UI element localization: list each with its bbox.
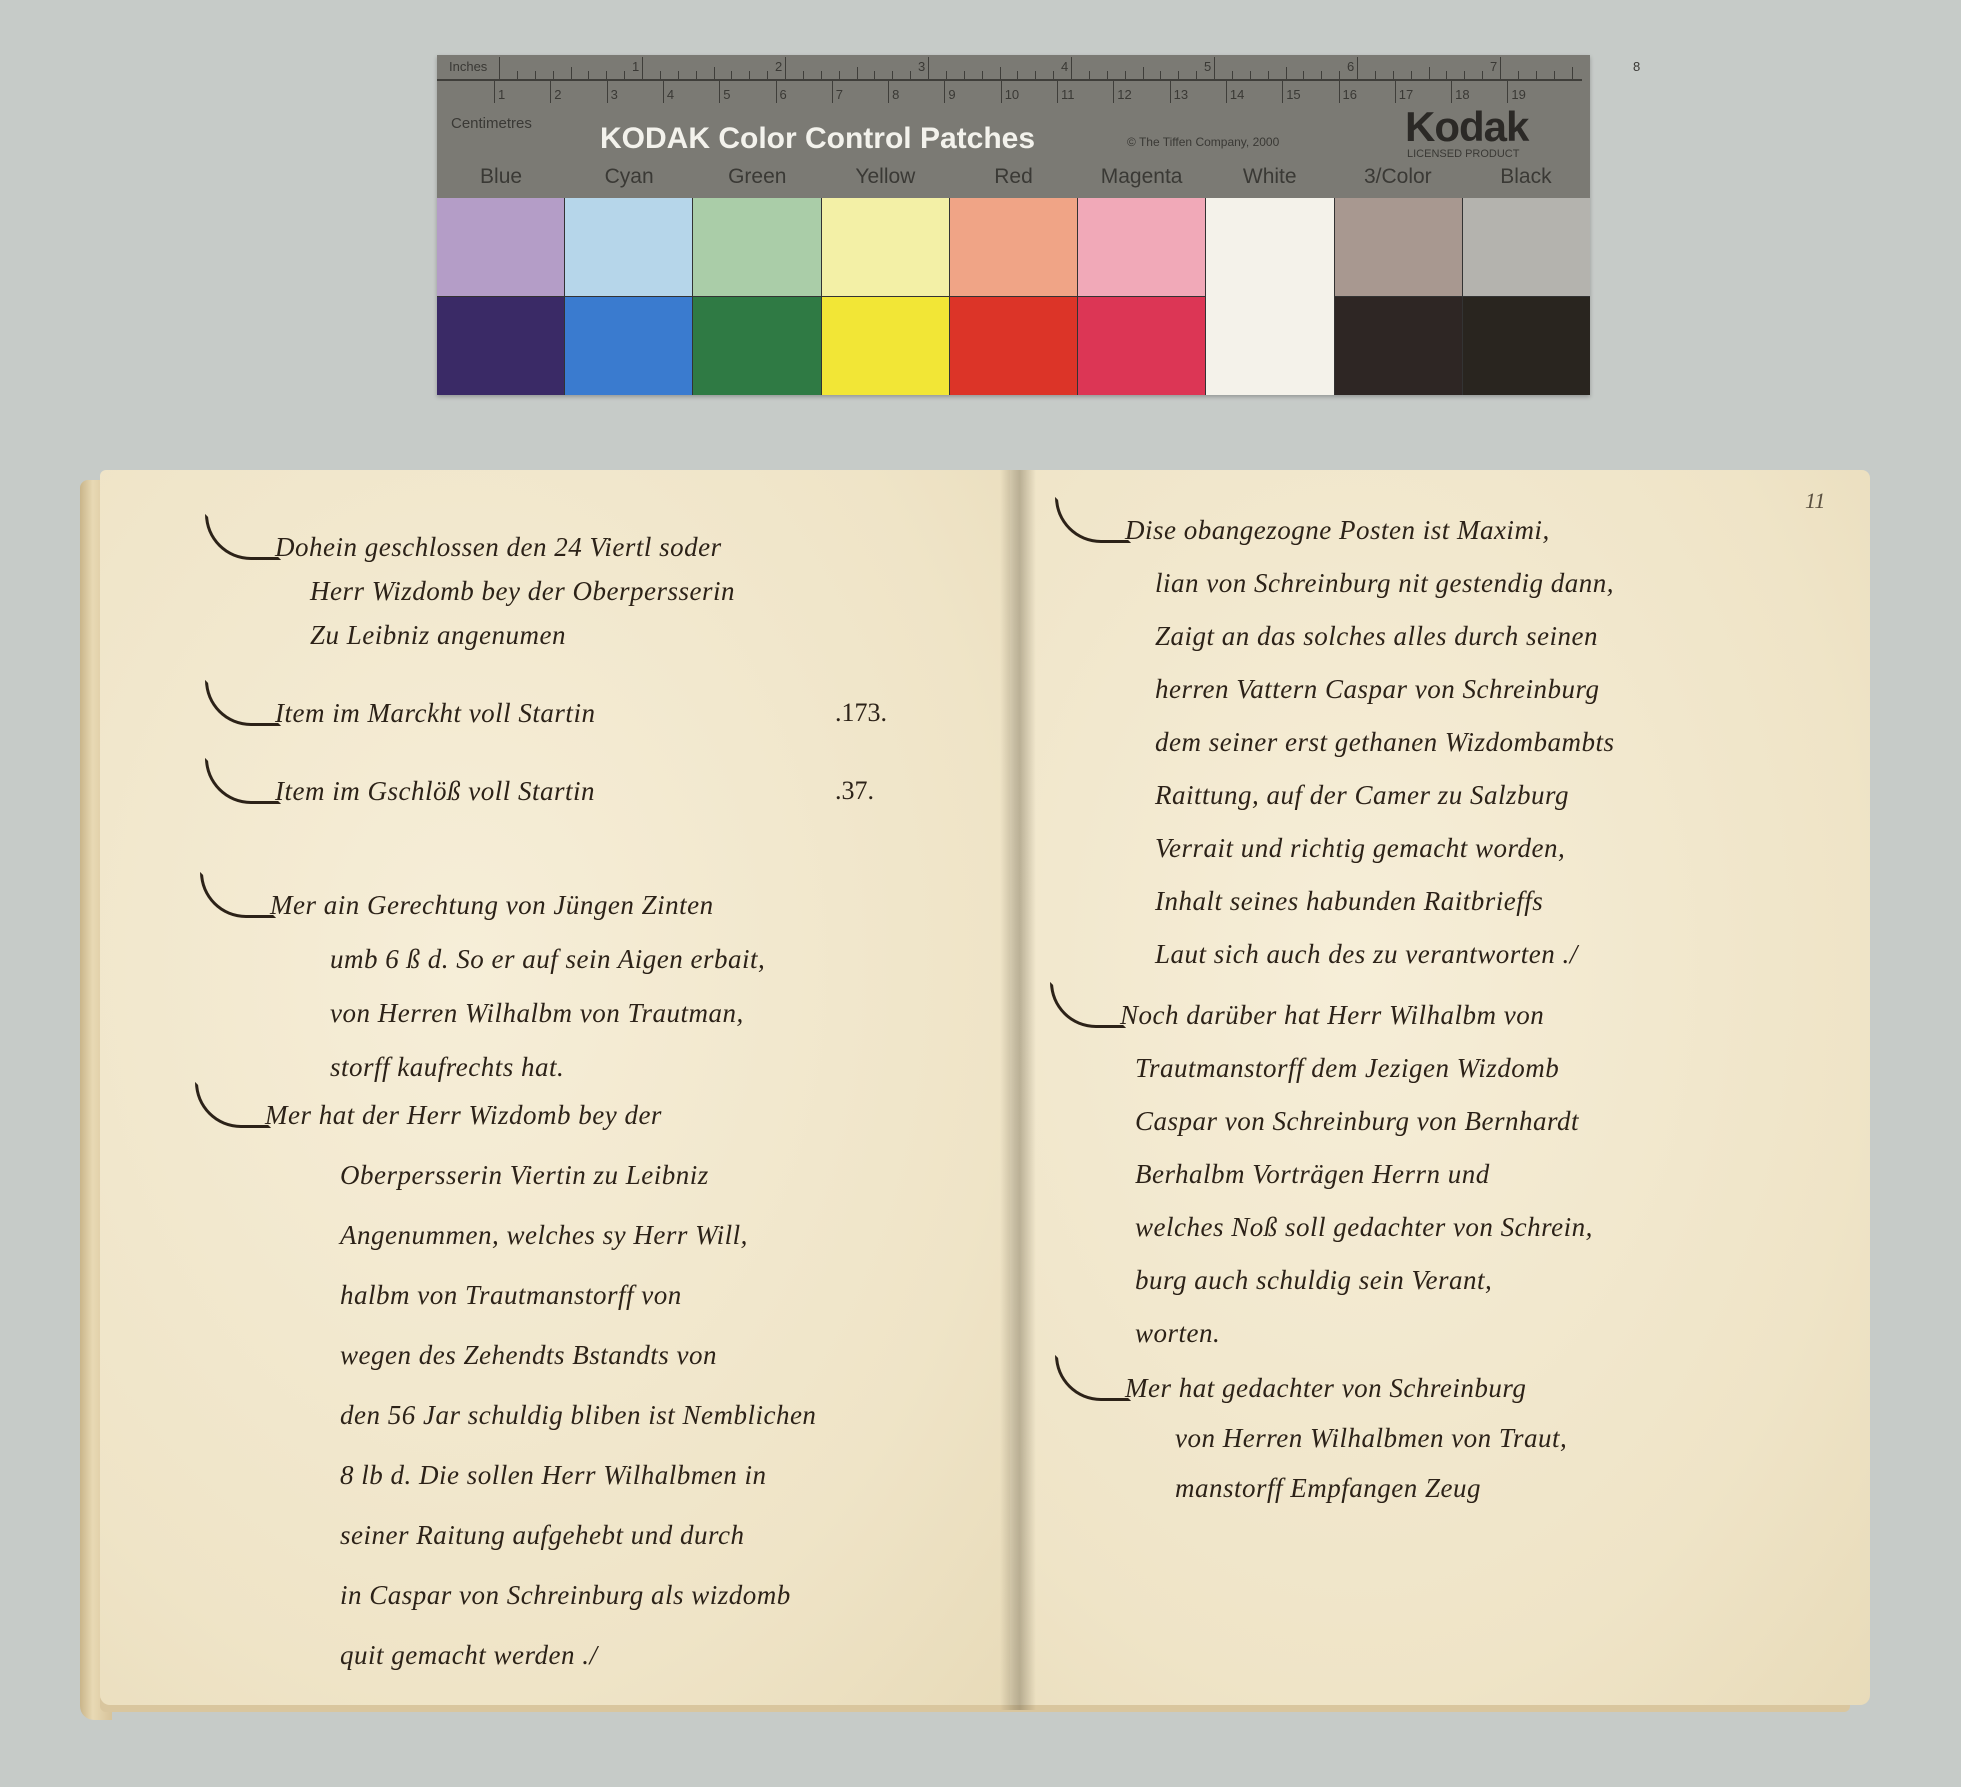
patch-light: [1335, 198, 1462, 297]
manuscript-line: burg auch schuldig sein Verant,: [1135, 1265, 1492, 1296]
inch-tick-label: 3: [918, 59, 925, 74]
manuscript-line: halbm von Trautmanstorff von: [340, 1280, 682, 1311]
manuscript-line: Noch darüber hat Herr Wilhalbm von: [1120, 1000, 1544, 1031]
cm-tick: [1339, 81, 1340, 103]
manuscript-line: Mer ain Gerechtung von Jüngen Zinten: [270, 890, 714, 921]
cm-tick-label: 4: [667, 87, 674, 102]
cm-tick-label: 16: [1343, 87, 1357, 102]
cm-tick-label: 15: [1286, 87, 1300, 102]
cm-tick: [888, 81, 889, 103]
ruler-line: [437, 79, 1582, 81]
cm-tick-label: 19: [1511, 87, 1525, 102]
inch-tick: [1572, 67, 1573, 79]
cm-tick: [1113, 81, 1114, 103]
manuscript-line: Herr Wizdomb bey der Oberpersserin: [310, 576, 735, 607]
patch-label-magenta: Magenta: [1101, 165, 1183, 189]
inch-tick: [1125, 71, 1126, 79]
patch-dark: [950, 297, 1077, 395]
manuscript-line: storff kaufrechts hat.: [330, 1052, 564, 1083]
left-page: Dohein geschlossen den 24 Viertl soderHe…: [100, 470, 1010, 1705]
inch-tick: [785, 57, 786, 79]
inch-tick: [1250, 71, 1251, 79]
cm-tick: [550, 81, 551, 103]
manuscript-line: Angenummen, welches sy Herr Will,: [340, 1220, 748, 1251]
cm-tick-label: 3: [611, 87, 618, 102]
manuscript-line: Laut sich auch des zu verantworten ./: [1155, 939, 1578, 970]
cm-tick-label: 17: [1399, 87, 1413, 102]
manuscript-line: Caspar von Schreinburg von Bernhardt: [1135, 1106, 1579, 1137]
inch-tick: [553, 71, 554, 79]
inch-tick: [821, 71, 822, 79]
patch-dark: [693, 297, 820, 395]
inch-tick: [1321, 71, 1322, 79]
manuscript-line: Item im Marckht voll Startin: [275, 698, 595, 729]
ledger-amount: .173.: [835, 698, 887, 728]
cm-tick-label: 12: [1117, 87, 1131, 102]
patch-dark: [1078, 297, 1205, 395]
inch-tick: [624, 71, 625, 79]
inch-tick: [946, 71, 947, 79]
cm-tick-label: 9: [948, 87, 955, 102]
manuscript-line: Oberpersserin Viertin zu Leibniz: [340, 1160, 709, 1191]
cm-tick-label: 10: [1005, 87, 1019, 102]
inch-tick: [678, 71, 679, 79]
inch-tick-label: 4: [1061, 59, 1068, 74]
inch-tick: [517, 71, 518, 79]
cm-tick-label: 2: [554, 87, 561, 102]
patch-label-yellow: Yellow: [855, 165, 915, 189]
inch-tick: [910, 71, 911, 79]
inch-tick: [731, 71, 732, 79]
inch-tick: [1500, 57, 1501, 79]
inch-tick: [874, 71, 875, 79]
manuscript-line: quit gemacht werden ./: [340, 1640, 597, 1671]
manuscript-line: Inhalt seines habunden Raitbrieffs: [1155, 886, 1543, 917]
cm-tick: [494, 81, 495, 103]
inch-tick: [1339, 71, 1340, 79]
patch-light: [1206, 198, 1333, 297]
manuscript-line: Raittung, auf der Camer zu Salzburg: [1155, 780, 1569, 811]
inch-tick: [1518, 71, 1519, 79]
patch-label-red: Red: [994, 165, 1033, 189]
folio-number: 11: [1805, 488, 1825, 514]
cm-tick: [1001, 81, 1002, 103]
patch-dark: [1335, 297, 1462, 395]
inch-tick: [1375, 71, 1376, 79]
patch-label-3-color: 3/Color: [1364, 165, 1432, 189]
patch-column-red: [950, 198, 1078, 395]
manuscript-line: Dohein geschlossen den 24 Viertl soder: [275, 532, 722, 563]
manuscript-line: wegen des Zehendts Bstandts von: [340, 1340, 717, 1371]
inch-tick-label: 5: [1204, 59, 1211, 74]
patch-column-cyan: [565, 198, 693, 395]
inch-tick: [928, 57, 929, 79]
manuscript-line: Mer hat gedachter von Schreinburg: [1125, 1373, 1526, 1404]
manuscript-line: lian von Schreinburg nit gestendig dann,: [1155, 568, 1614, 599]
cm-tick: [1507, 81, 1508, 103]
licensed-product-label: LICENSED PRODUCT: [1407, 148, 1519, 160]
manuscript-line: Dise obangezogne Posten ist Maximi,: [1125, 515, 1550, 546]
patch-column-white: [1206, 198, 1334, 395]
inch-tick: [660, 71, 661, 79]
centimetres-label: Centimetres: [451, 115, 532, 132]
cm-tick-label: 1: [498, 87, 505, 102]
inch-tick-label: 6: [1347, 59, 1354, 74]
manuscript-line: in Caspar von Schreinburg als wizdomb: [340, 1580, 791, 1611]
cm-tick: [663, 81, 664, 103]
manuscript-line: Verrait und richtig gemacht worden,: [1155, 833, 1565, 864]
initial-flourish: [205, 680, 281, 726]
ledger-amount: .37.: [835, 776, 874, 806]
manuscript-line: Item im Gschlöß voll Startin: [275, 776, 595, 807]
manuscript-line: Berhalbm Vorträgen Herrn und: [1135, 1159, 1490, 1190]
patch-labels: BlueCyanGreenYellowRedMagentaWhite3/Colo…: [437, 165, 1590, 195]
cm-tick: [1282, 81, 1283, 103]
inch-tick: [1053, 71, 1054, 79]
inch-tick: [1017, 71, 1018, 79]
cm-tick: [1395, 81, 1396, 103]
cm-tick: [944, 81, 945, 103]
patch-label-blue: Blue: [480, 165, 522, 189]
inch-tick: [1000, 67, 1001, 79]
patch-dark: [565, 297, 692, 395]
initial-flourish: [1055, 497, 1131, 543]
inch-tick: [1268, 71, 1269, 79]
inches-label: Inches: [449, 59, 487, 74]
patch-label-black: Black: [1500, 165, 1551, 189]
cm-tick-label: 8: [892, 87, 899, 102]
inch-tick: [803, 71, 804, 79]
patch-label-green: Green: [728, 165, 786, 189]
initial-flourish: [205, 758, 281, 804]
patch-column-black: [1463, 198, 1590, 395]
inch-tick: [1160, 71, 1161, 79]
inch-tick: [535, 71, 536, 79]
kodak-logo: Kodak: [1405, 103, 1528, 151]
inch-tick-label: 2: [775, 59, 782, 74]
inch-tick: [1393, 71, 1394, 79]
inch-tick-label: 7: [1490, 59, 1497, 74]
patch-column-yellow: [822, 198, 950, 395]
inch-tick: [1143, 67, 1144, 79]
cm-tick-label: 7: [836, 87, 843, 102]
patch-light: [437, 198, 564, 297]
initial-flourish: [200, 872, 276, 918]
inch-tick: [642, 57, 643, 79]
manuscript-line: Zu Leibniz angenumen: [310, 620, 566, 651]
inch-tick: [1446, 71, 1447, 79]
open-manuscript-book: Dohein geschlossen den 24 Viertl soderHe…: [80, 470, 1890, 1735]
inch-tick: [1464, 71, 1465, 79]
inch-tick-label: 1: [632, 59, 639, 74]
book-gutter: [1000, 470, 1036, 1710]
inch-tick: [1482, 71, 1483, 79]
manuscript-line: den 56 Jar schuldig bliben ist Nembliche…: [340, 1400, 816, 1431]
inch-tick: [1089, 71, 1090, 79]
initial-flourish: [205, 514, 281, 560]
inch-tick: [1286, 67, 1287, 79]
cm-tick-label: 13: [1174, 87, 1188, 102]
color-patches: [437, 198, 1590, 395]
manuscript-line: worten.: [1135, 1318, 1220, 1349]
patch-column-blue: [437, 198, 565, 395]
manuscript-line: von Herren Wilhalbm von Trautman,: [330, 998, 744, 1029]
cm-tick: [1451, 81, 1452, 103]
inch-tick: [749, 71, 750, 79]
inch-tick: [1178, 71, 1179, 79]
inch-tick: [964, 71, 965, 79]
cm-tick: [832, 81, 833, 103]
inch-tick: [892, 71, 893, 79]
cm-tick: [1170, 81, 1171, 103]
inch-tick: [1071, 57, 1072, 79]
patch-label-cyan: Cyan: [605, 165, 654, 189]
inch-tick: [1536, 71, 1537, 79]
manuscript-line: Zaigt an das solches alles durch seinen: [1155, 621, 1598, 652]
inch-tick: [1214, 57, 1215, 79]
patch-light: [950, 198, 1077, 297]
inch-tick: [982, 71, 983, 79]
inch-tick-label: 8: [1633, 59, 1640, 74]
patch-light: [1463, 198, 1590, 297]
inch-tick: [1429, 67, 1430, 79]
patch-label-white: White: [1243, 165, 1297, 189]
patch-light: [1078, 198, 1205, 297]
inch-tick: [696, 71, 697, 79]
manuscript-line: welches Noß soll gedachter von Schrein,: [1135, 1212, 1593, 1243]
manuscript-line: dem seiner erst gethanen Wizdombambts: [1155, 727, 1614, 758]
inch-tick: [857, 67, 858, 79]
inch-tick: [767, 71, 768, 79]
manuscript-line: manstorff Empfangen Zeug: [1175, 1473, 1481, 1504]
manuscript-line: umb 6 ß d. So er auf sein Aigen erbait,: [330, 944, 765, 975]
cm-tick-label: 14: [1230, 87, 1244, 102]
right-page: 11 Dise obangezogne Posten ist Maximi,li…: [1010, 470, 1870, 1705]
patch-light: [822, 198, 949, 297]
patch-light: [565, 198, 692, 297]
inch-tick: [714, 67, 715, 79]
manuscript-line: von Herren Wilhalbmen von Traut,: [1175, 1423, 1567, 1454]
manuscript-line: Trautmanstorff dem Jezigen Wizdomb: [1135, 1053, 1559, 1084]
patch-column-magenta: [1078, 198, 1206, 395]
cm-tick: [1057, 81, 1058, 103]
initial-flourish: [1050, 982, 1126, 1028]
inch-tick: [839, 71, 840, 79]
cm-tick: [776, 81, 777, 103]
inch-tick: [1232, 71, 1233, 79]
kodak-color-control-strip: Inches 12345678 123456789101112131415161…: [437, 55, 1590, 395]
manuscript-line: 8 lb d. Die sollen Herr Wilhalbmen in: [340, 1460, 766, 1491]
cm-tick-label: 18: [1455, 87, 1469, 102]
inch-tick: [499, 57, 500, 79]
patch-light: [693, 198, 820, 297]
manuscript-line: seiner Raitung aufgehebt und durch: [340, 1520, 744, 1551]
cm-tick-label: 11: [1061, 87, 1075, 102]
inch-tick: [1303, 71, 1304, 79]
inch-tick: [1107, 71, 1108, 79]
patch-column-3-color: [1335, 198, 1463, 395]
inch-tick: [606, 71, 607, 79]
inch-tick: [1035, 71, 1036, 79]
cm-tick-label: 5: [723, 87, 730, 102]
inch-tick: [1554, 71, 1555, 79]
patch-column-green: [693, 198, 821, 395]
strip-title: KODAK Color Control Patches: [600, 122, 1035, 156]
patch-dark: [822, 297, 949, 395]
initial-flourish: [195, 1082, 271, 1128]
inch-tick: [1411, 71, 1412, 79]
patch-dark: [437, 297, 564, 395]
inch-tick: [588, 71, 589, 79]
patch-dark: [1463, 297, 1590, 395]
inch-tick: [1357, 57, 1358, 79]
manuscript-line: Mer hat der Herr Wizdomb bey der: [265, 1100, 662, 1131]
copyright-text: © The Tiffen Company, 2000: [1127, 135, 1279, 149]
manuscript-line: herren Vattern Caspar von Schreinburg: [1155, 674, 1599, 705]
patch-dark: [1206, 297, 1333, 396]
initial-flourish: [1055, 1355, 1131, 1401]
cm-tick: [719, 81, 720, 103]
inch-tick: [1196, 71, 1197, 79]
cm-tick: [607, 81, 608, 103]
inch-tick: [571, 67, 572, 79]
cm-tick: [1226, 81, 1227, 103]
cm-tick-label: 6: [780, 87, 787, 102]
